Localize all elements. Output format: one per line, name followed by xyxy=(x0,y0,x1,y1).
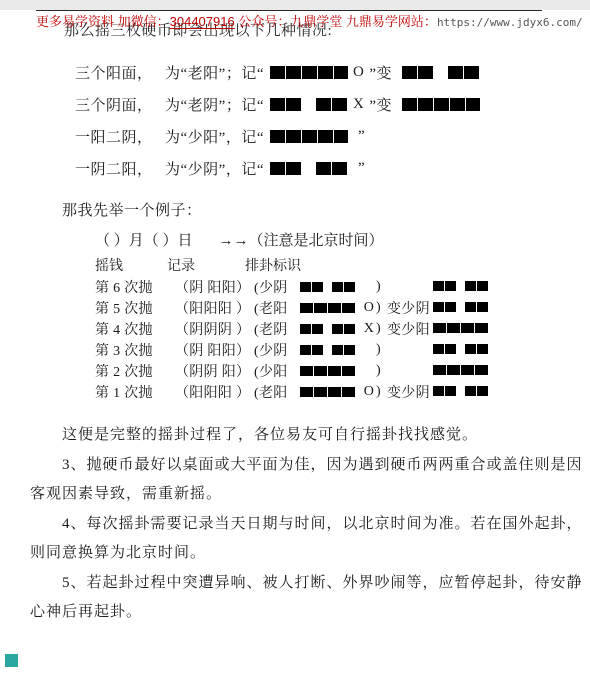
hexagram-line xyxy=(270,98,348,111)
table-row: 第 3 次抛 （阴 阳阳） (少阴 ) xyxy=(95,339,430,360)
website-link[interactable]: https://www.jdyx6.com/ xyxy=(437,16,583,29)
close-paren: ) xyxy=(376,300,381,316)
hexagram-line xyxy=(300,282,356,292)
hexagram-line xyxy=(300,345,356,355)
table-row: 第 6 次抛 （阴 阳阳） (少阴 ) xyxy=(95,276,430,297)
change-marker: O xyxy=(362,300,376,316)
outcome-row-young-yin: 一阴二阳， 为“少阴”，记“ ” xyxy=(75,152,480,184)
outcome-desc: 为“少阳”，记“ xyxy=(165,126,264,147)
outcome-suffix: ”变 xyxy=(369,94,392,115)
hexagram-result-line xyxy=(402,66,480,79)
coin-outcome-list: 三个阳面， 为“老阳”；记“ O ”变 三个阴面， 为“老阴”；记“ X ”变 … xyxy=(75,56,480,184)
toss-record: （阴 阳阳） xyxy=(175,277,254,297)
table-row: 第 1 次抛 （阳阳阳 ） (老阳 O ) 变少阴 xyxy=(95,381,430,402)
toss-number: 第 5 次抛 xyxy=(95,298,175,318)
change-label: 变少阴 xyxy=(387,298,430,318)
close-paren: ) xyxy=(376,363,381,379)
hexagram-result-line xyxy=(433,302,489,312)
toss-number: 第 3 次抛 xyxy=(95,340,175,360)
outcome-row-old-yang: 三个阳面， 为“老阳”；记“ O ”变 xyxy=(75,56,480,88)
outcome-row-old-yin: 三个阴面， 为“老阴”；记“ X ”变 xyxy=(75,88,480,120)
table-row: 第 2 次抛 （阴阴 阳） (少阳 ) xyxy=(95,360,430,381)
toss-number: 第 4 次抛 xyxy=(95,319,175,339)
example-intro: 那我先举一个例子： xyxy=(62,199,202,220)
line-name: (少阴 xyxy=(254,340,300,360)
paragraph-line: 4、每次摇卦需要记录当天日期与时间，以北京时间为准。若在国外起卦， xyxy=(30,510,570,540)
document-page: 更多易学资料 加微信：304407916 公众号：九鼎学堂 九鼎易学网站：htt… xyxy=(0,0,590,681)
hexagram-line xyxy=(300,303,356,313)
outcome-desc: 为“老阳”；记“ xyxy=(165,62,264,83)
outcome-name: 三个阳面， xyxy=(75,62,155,83)
change-marker: X xyxy=(353,96,364,113)
corner-marker xyxy=(5,654,18,667)
paragraph-line: 心神后再起卦。 xyxy=(30,598,570,628)
line-name: (少阴 xyxy=(254,277,300,297)
column-header-toss: 摇钱 xyxy=(95,255,167,275)
promo-text-2: 公众号：九鼎学堂 九鼎易学网站： xyxy=(235,14,437,29)
outcome-desc: 为“少阴”，记“ xyxy=(165,158,264,179)
hexagram-result-line xyxy=(433,281,489,291)
change-marker: O xyxy=(362,384,376,400)
line-name: (少阳 xyxy=(254,361,300,381)
outcome-row-young-yang: 一阳二阴， 为“少阳”，记“ ” xyxy=(75,120,480,152)
toss-record: （阳阳阳 ） xyxy=(175,382,254,402)
hexagram-line xyxy=(270,66,348,79)
toss-record: （阴阴 阳） xyxy=(175,361,254,381)
hexagram-line xyxy=(270,162,348,175)
outcome-name: 一阴二阳， xyxy=(75,158,155,179)
change-label: 变少阴 xyxy=(387,382,430,402)
column-header-notation: 排卦标识 xyxy=(245,255,301,275)
paragraph-line: 3、抛硬币最好以桌面或大平面为佳，因为遇到硬币两两重合或盖住则是因 xyxy=(30,451,570,481)
outcome-suffix: ”变 xyxy=(369,62,392,83)
outcome-suffix: ” xyxy=(358,128,365,145)
column-header-record: 记录 xyxy=(167,255,245,275)
toss-record: （阴 阳阳） xyxy=(175,340,254,360)
window-top-strip xyxy=(0,0,590,10)
hexagram-result-line xyxy=(433,344,489,354)
paragraph-line: 这便是完整的摇卦过程了，各位易友可自行摇卦找找感觉。 xyxy=(30,421,570,451)
change-label: 变少阳 xyxy=(387,319,430,339)
hexagram-line xyxy=(300,324,356,334)
toss-number: 第 6 次抛 xyxy=(95,277,175,297)
hexagram-result-line xyxy=(433,386,489,396)
close-paren: ) xyxy=(376,384,381,400)
body-paragraphs: 这便是完整的摇卦过程了，各位易友可自行摇卦找找感觉。 3、抛硬币最好以桌面或大平… xyxy=(30,421,570,628)
beijing-time-note: →→（注意是北京时间） xyxy=(219,229,384,250)
hexagram-result-line xyxy=(433,323,489,333)
line-name: (老阳 xyxy=(254,298,300,318)
outcome-suffix: ” xyxy=(358,160,365,177)
table-row: 第 4 次抛 （阴阴阴 ） (老阴 X ) 变少阳 xyxy=(95,318,430,339)
table-row: 第 5 次抛 （阳阳阳 ） (老阳 O ) 变少阴 xyxy=(95,297,430,318)
toss-number: 第 1 次抛 xyxy=(95,382,175,402)
hexagram-line xyxy=(300,387,356,397)
date-blanks: （ ）月（ ）日 xyxy=(95,229,193,250)
line-name: (老阴 xyxy=(254,319,300,339)
paragraph-line: 则同意换算为北京时间。 xyxy=(30,539,570,569)
wechat-number: 304407916 xyxy=(170,14,235,29)
hexagram-line xyxy=(270,130,348,143)
close-paren: ) xyxy=(376,279,381,295)
hexagram-result-line xyxy=(402,98,480,111)
outcome-name: 一阳二阴， xyxy=(75,126,155,147)
paragraph-line: 客观因素导致，需重新摇。 xyxy=(30,480,570,510)
close-paren: ) xyxy=(376,321,381,337)
hexagram-line xyxy=(300,366,356,376)
change-marker: X xyxy=(362,321,376,337)
hexagram-result-line xyxy=(433,365,489,375)
outcome-desc: 为“老阴”；记“ xyxy=(165,94,264,115)
outcome-name: 三个阴面， xyxy=(75,94,155,115)
toss-number: 第 2 次抛 xyxy=(95,361,175,381)
promo-text: 更多易学资料 加微信： xyxy=(36,14,170,29)
close-paren: ) xyxy=(376,342,381,358)
toss-record: （阴阴阴 ） xyxy=(175,319,254,339)
table-column-headers: 摇钱 记录 排卦标识 xyxy=(95,255,301,275)
paragraph-line: 5、若起卦过程中突遭异响、被人打断、外界吵闹等，应暂停起卦，待安静 xyxy=(30,569,570,599)
change-marker: O xyxy=(353,64,364,81)
toss-record: （阳阳阳 ） xyxy=(175,298,254,318)
line-name: (老阳 xyxy=(254,382,300,402)
toss-table: 第 6 次抛 （阴 阳阳） (少阴 ) 第 5 次抛 （阳阳阳 ） (老阳 O … xyxy=(95,276,430,402)
promo-header: 更多易学资料 加微信：304407916 公众号：九鼎学堂 九鼎易学网站：htt… xyxy=(36,11,583,30)
example-date-line: （ ）月（ ）日 →→（注意是北京时间） xyxy=(95,229,384,250)
